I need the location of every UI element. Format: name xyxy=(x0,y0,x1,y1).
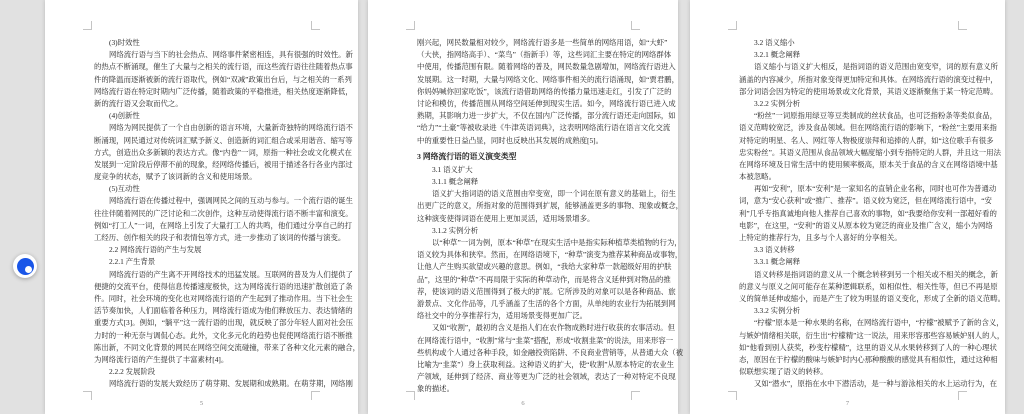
text-line: 出更广泛的意义，所指对象的范围得到扩展，能够涵盖更多的事物、现象或概念， xyxy=(417,200,629,212)
text-line: (3)时效性 xyxy=(94,37,309,49)
text-line: 便捷的交流平台，使得信息传播速度极快，这为网络流行语的迅速扩散创造了条 xyxy=(94,281,309,293)
text-line: 网络流行语在传播过程中，强调网民之间的互动与参与。一个流行语的诞生 xyxy=(94,195,309,207)
crop-mark xyxy=(728,21,737,30)
crop-mark xyxy=(83,391,92,400)
text-line: “柠檬”原本是一种水果的名称，在网络流行语中，“柠檬”被赋予了新的含义， xyxy=(739,317,956,329)
text-line: 3.1.2 实例分析 xyxy=(417,225,629,237)
text-line: 如“他看到别人获奖，秒变柠檬精”，这里的语义从水果转移到了人的一种心理状 xyxy=(739,342,956,354)
crop-mark xyxy=(958,21,967,30)
text-line: 在网络流行语中，“收割”常与“韭菜”搭配，形成“收割韭菜”的说法，用来形容一 xyxy=(417,335,629,347)
crop-mark xyxy=(631,21,640,30)
text-line: 工经历、创作相关的段子和表情包等方式，进一步推动了该词的传播与演变。 xyxy=(94,232,309,244)
text-line: 刚兴起，网民数量相对较少，网络流行语多是一些简单的网络用语，如“大虾” xyxy=(417,37,629,49)
text-line: 游景点、文化作品等，几乎涵盖了生活的各个方面，从单纯的农业行为拓展到网 xyxy=(417,298,629,310)
text-line: 往往伴随着网民的广泛讨论和二次创作，这种互动使得流行语不断丰富和演变。 xyxy=(94,208,309,220)
document-page-1: (3)时效性网络流行语与当下的社会热点、网络事件紧密相连，具有很强的时效性。新的… xyxy=(45,0,358,414)
document-page-2: 刚兴起，网民数量相对较少，网络流行语多是一些简单的网络用语，如“大虾”（大侠，指… xyxy=(368,0,678,414)
assistant-icon xyxy=(17,258,34,275)
crop-mark xyxy=(631,391,640,400)
text-line: 络社交中的分享推荐行为，适用场景变得更加广泛。 xyxy=(417,310,629,322)
text-line: 再如“安利”，原本“安利”是一家知名的直销企业名称，同时也可作为普通动 xyxy=(739,183,956,195)
text-line: 又如“收割”，最初的含义是指人们在农作物成熟时进行收获的农事活动。但 xyxy=(417,322,629,334)
text-line: 网络流行语在特定时期内广泛传播，随着政策的平稳推进，相关热度逐渐降低， xyxy=(94,86,309,98)
floating-assistant-button[interactable] xyxy=(13,254,37,278)
text-line: 件的降温而逐渐被新的流行语取代，例如“双减”政策出台后，与之相关的一系列 xyxy=(94,74,309,86)
text-line: 让他人产生购买欲望或兴趣的意思。例如，“我给大家种草一款超级好用的护肤 xyxy=(417,261,629,273)
text-line: 荐，使该词的语义范围得到了极大的扩展。它所涉及的对象可以是各种商品、旅 xyxy=(417,286,629,298)
text-line: 方式，创造出众多新颖的表达方式。像“内卷”一词，原指一种社会或文化模式在 xyxy=(94,147,309,159)
text-line: 品”，这里的“种草”不再局限于实际的种草动作，而是将含义延伸到对物品的推 xyxy=(417,274,629,286)
text-line: 发展到一定阶段后停滞不前的现象，经网络传播后，被用于描述各行各业内部过 xyxy=(94,159,309,171)
crop-mark xyxy=(406,21,415,30)
text-line: 3.1 语义扩大 xyxy=(417,164,629,176)
text-line: 词，意为“安心获利”或“推广、推荐”。语义较为宽泛，但在网络流行语中，“安 xyxy=(739,195,956,207)
text-line: 网络为网民提供了一个自由创新的语言环境，大量新奇独特的网络流行语不 xyxy=(94,122,309,134)
text-line: 3 网络流行语的语义演变类型 xyxy=(417,151,629,163)
text-line: 在网络环境及日常生活中的使用频率极高，原本关于食品的含义在网络语境中基 xyxy=(739,159,956,171)
text-line: 语义较为具体和狭窄。然而，在网络语境下，“种草”演变为推荐某种商品或事物， xyxy=(417,249,629,261)
text-line: 与嫉妒情绪相关联，衍生出“柠檬精”这一说法，用来形容那些容易嫉妒别人的人， xyxy=(739,330,956,342)
text-line: 电影”，在这里，“安利”的语义从原本较为宽泛的商业及推广含义，缩小为网络 xyxy=(739,220,956,232)
text-line: 2.2.1 产生背景 xyxy=(94,256,309,268)
text-line: 断涌现，网民通过对传统词汇赋予新义、创造新的词汇组合或采用谐音、缩写等 xyxy=(94,135,309,147)
text-line: 部分词语会因为特定的使用场景或文化背景，其语义逐渐聚焦于某一特定范畴。 xyxy=(739,86,956,98)
text-line: 似联想实现了语义的转移。 xyxy=(739,366,956,378)
crop-mark xyxy=(728,391,737,400)
text-line: 的意义与原义之间可能存在某种逻辑联系，如相似性、相关性等，但已不再是原 xyxy=(739,281,956,293)
text-line: 对特定的明星、名人、网红等人物极度崇拜和追捧的人群，如“这位歌手有很多 xyxy=(739,135,956,147)
text-line: 又如“潜水”，原指在水中下潜活动，是一种与游泳相关的水上运动行为，在 xyxy=(739,378,956,390)
text-line: 3.2.2 实例分析 xyxy=(739,98,956,110)
text-line: “粉丝”一词原指用绿豆等豆类制成的丝状食品，也可泛指粉条等类似食品， xyxy=(739,110,956,122)
crop-mark xyxy=(311,21,320,30)
text-line: (5)互动性 xyxy=(94,183,309,195)
assistant-icon-dot xyxy=(25,266,32,273)
text-line: 以“种草”一词为例，原本“种草”在现实生活中是指实际种植草类植物的行为， xyxy=(417,237,629,249)
crop-mark xyxy=(958,391,967,400)
text-line: 些机构或个人通过各种手段，如金融投资陷阱、不良商业营销等，从普通大众（被 xyxy=(417,347,629,359)
text-line: 语义转移是指词语的意义从一个概念转移到另一个相关或不相关的概念，新 xyxy=(739,269,956,281)
crop-mark xyxy=(83,21,92,30)
text-line: 的热点不断涌现，催生了大量与之相关的流行语，而这些流行语往往随着热点事 xyxy=(94,61,309,73)
text-line: 2.2 网络流行语的产生与发展 xyxy=(94,244,309,256)
text-line: 件。同时，社会环境的变化也对网络流行语的产生起到了推动作用。当下社会生 xyxy=(94,293,309,305)
page-text-body: (3)时效性网络流行语与当下的社会热点、网络事件紧密相连，具有很强的时效性。新的… xyxy=(94,37,309,390)
text-line: 新的流行语又会取而代之。 xyxy=(94,98,309,110)
text-line: 3.3.2 实例分析 xyxy=(739,305,956,317)
text-line: 3.3 语义转移 xyxy=(739,244,956,256)
page-text-body: 3.2 语义缩小3.2.1 概念阐释语义缩小与语义扩大相反，是指词语的语义范围由… xyxy=(739,37,956,390)
text-line: 网络流行语的产生离不开网络技术的迅猛发展。互联网的普及为人们提供了 xyxy=(94,269,309,281)
document-page-3: 3.2 语义缩小3.2.1 概念阐释语义缩小与语义扩大相反，是指词语的语义范围由… xyxy=(690,0,1005,414)
text-line: 发展期。这一时期，大量与网络文化、网络事件相关的流行语涌现，如“贾君鹏， xyxy=(417,74,629,86)
text-line: 3.1.1 概念阐释 xyxy=(417,176,629,188)
page-text-body: 刚兴起，网民数量相对较少，网络流行语多是一些简单的网络用语，如“大虾”（大侠，指… xyxy=(417,37,629,395)
crop-mark xyxy=(311,391,320,400)
page-number: 7 xyxy=(690,400,1005,407)
text-line: 力时的一种无奈与调侃心态。此外，文化多元化的趋势也促使网络流行语不断推 xyxy=(94,330,309,342)
text-line: 语义扩大指词语的语义范围由窄变宽，即一个词在原有意义的基础上，衍生 xyxy=(417,188,629,200)
text-line: 涵盖的内容减少，所指对象变得更加特定和具体。在网络流行语的演变过程中， xyxy=(739,74,956,86)
text-line: 忠实粉丝”。其语义范围从食品领域大幅度缩小到专指特定的人群，并且这一用法 xyxy=(739,147,956,159)
text-line: 象的描述。 xyxy=(417,383,629,395)
text-line: 网络流行语的发展大致经历了萌芽期、发展期和成熟期。在萌芽期，网络刚 xyxy=(94,378,309,390)
text-line: 上特定的推荐行为，且多与个人喜好的分享相关。 xyxy=(739,232,956,244)
text-line: 3.2 语义缩小 xyxy=(739,37,956,49)
text-line: 例如“打工人”一词，在网络上引发了大量打工人的共鸣，他们通过分享自己的打 xyxy=(94,220,309,232)
text-line: 重要方式[3]。例如，“躺平”这一流行语的出现，就反映了部分年轻人面对社会压 xyxy=(94,317,309,329)
page-number: 5 xyxy=(45,400,358,407)
text-line: 语义缩小与语义扩大相反，是指词语的语义范围由宽变窄，词的原有意义所 xyxy=(739,61,956,73)
text-line: 3.2.1 概念阐释 xyxy=(739,49,956,61)
text-line: 度竞争的状态，赋予了该词新的含义和使用场景。 xyxy=(94,171,309,183)
text-line: 中使用，传播范围有限。随着网络的普及，网民数量急剧增加，网络流行语进入 xyxy=(417,61,629,73)
text-line: 这种演变使得词语在使用上更加灵活，适用场景增多。 xyxy=(417,213,629,225)
text-line: 熟期，其影响力进一步扩大，不仅在国内广泛传播，部分流行语还走向国际，如 xyxy=(417,110,629,122)
text-line: 2.2.2 发展阶段 xyxy=(94,366,309,378)
text-line: 3.3.1 概念阐释 xyxy=(739,256,956,268)
text-line: 语义范畴较宽泛，涉及食品领域。但在网络流行语的影响下，“粉丝”主要用来指 xyxy=(739,122,956,134)
text-line: 陈出新，不同文化背景的网民在网络空间交流碰撞，带来了各种文化元素的融合， xyxy=(94,342,309,354)
text-line: 中的重要性日益凸显，同时也反映出其发展的成熟度[5]。 xyxy=(417,135,629,147)
crop-mark xyxy=(406,391,415,400)
text-line: 你妈妈喊你回家吃饭”，该流行语借助网络的传播力量迅速走红，引发了广泛的 xyxy=(417,86,629,98)
text-line: 活节奏加快，人们面临着各种压力，网络流行语成为他们释放压力、表达情绪的 xyxy=(94,305,309,317)
text-line: 为网络流行语的产生提供了丰富素材[4]。 xyxy=(94,354,309,366)
text-line: “给力”“土豪”等被收录进《牛津英语词典》，这表明网络流行语在语言文化交流 xyxy=(417,122,629,134)
text-line: 讨论和模仿，传播范围从网络空间延伸到现实生活。如今，网络流行语已进入成 xyxy=(417,98,629,110)
text-line: 利”几乎专指真诚地向他人推荐自己喜欢的事物，如“我要给你安利一部超好看的 xyxy=(739,208,956,220)
text-line: (4)创新性 xyxy=(94,110,309,122)
text-line: 态，原因在于柠檬的酸味与嫉妒时内心那种酸酸的感觉具有相似性，通过这种相 xyxy=(739,354,956,366)
text-line: 网络流行语与当下的社会热点、网络事件紧密相连，具有很强的时效性。新 xyxy=(94,49,309,61)
text-line: 义的简单延伸或缩小，而是产生了较为明显的语义变化，形成了全新的语义范畴。 xyxy=(739,293,956,305)
text-line: 产领域，延伸到了经济、商业等更为广泛的社会领域，表达了一种对特定不良现 xyxy=(417,371,629,383)
text-line: 本被忽略。 xyxy=(739,171,956,183)
page-number: 6 xyxy=(368,400,678,407)
text-line: （大侠，指网络高手）、“菜鸟”（指新手）等，这些词汇主要在特定的网络群体 xyxy=(417,49,629,61)
text-line: 比喻为“韭菜”）身上获取利益。这种语义的扩大，使“收割”从原本特定的农业生 xyxy=(417,359,629,371)
